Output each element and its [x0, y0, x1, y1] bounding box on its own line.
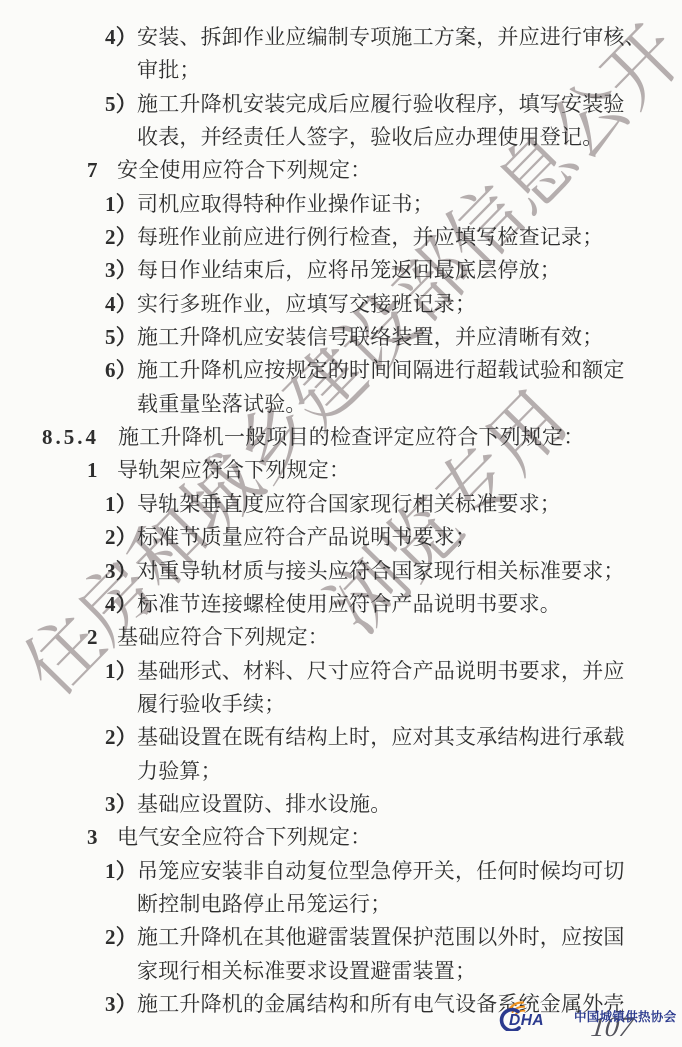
line-text: 导轨架应符合下列规定：: [117, 458, 350, 482]
text-line: 3）对重导轨材质与接头应符合国家现行相关标准要求；: [0, 555, 665, 588]
text-line: 3）每日作业结束后，应将吊笼返回最底层停放；: [0, 254, 665, 287]
item-number: 7: [87, 154, 117, 187]
line-text: 家现行相关标准要求设置避雷装置；: [137, 959, 476, 983]
text-line: 1）基础形式、材料、尺寸应符合产品说明书要求，并应: [0, 655, 665, 688]
line-text: 司机应取得特种作业操作证书；: [137, 192, 434, 216]
text-line: 断控制电路停止吊笼运行；: [0, 888, 665, 921]
item-number: 6）: [105, 354, 137, 387]
item-number: 1）: [105, 855, 137, 888]
line-text: 安全使用应符合下列规定：: [117, 158, 371, 182]
line-text: 断控制电路停止吊笼运行；: [137, 892, 391, 916]
text-line: 1）吊笼应安装非自动复位型急停开关，任何时候均可切: [0, 855, 665, 888]
item-number: 2）: [105, 921, 137, 954]
item-number: 3）: [105, 254, 137, 287]
line-text: 履行验收手续；: [137, 692, 285, 716]
line-text: 对重导轨材质与接头应符合国家现行相关标准要求；: [137, 559, 625, 583]
text-line: 3电气安全应符合下列规定：: [0, 821, 665, 854]
text-line: 2）施工升降机在其他避雷装置保护范围以外时，应按国: [0, 921, 665, 954]
item-number: 5）: [105, 88, 137, 121]
text-line: 2）标准节质量应符合产品说明书要求；: [0, 521, 665, 554]
item-number: 3: [87, 821, 117, 854]
item-number: 1）: [105, 188, 137, 221]
text-line: 审批；: [0, 54, 665, 87]
line-text: 施工升降机应安装信号联络装置，并应清晰有效；: [137, 325, 603, 349]
item-number: 4）: [105, 21, 137, 54]
line-text: 每日作业结束后，应将吊笼返回最底层停放；: [137, 258, 561, 282]
item-number: 3）: [105, 788, 137, 821]
line-text: 审批；: [137, 58, 201, 82]
item-number: 4）: [105, 588, 137, 621]
line-text: 标准节连接螺栓使用应符合产品说明书要求。: [137, 592, 561, 616]
line-text: 吊笼应安装非自动复位型急停开关，任何时候均可切: [137, 859, 625, 883]
item-number: 2）: [105, 221, 137, 254]
line-text: 每班作业前应进行例行检查，并应填写检查记录；: [137, 225, 603, 249]
text-line: 2基础应符合下列规定：: [0, 621, 665, 654]
text-line: 5）施工升降机应安装信号联络装置，并应清晰有效；: [0, 321, 665, 354]
text-line: 履行验收手续；: [0, 688, 665, 721]
item-number: 1: [87, 454, 117, 487]
text-line: 4）标准节连接螺栓使用应符合产品说明书要求。: [0, 588, 665, 621]
line-text: 电气安全应符合下列规定：: [117, 825, 371, 849]
text-line: 3）基础应设置防、排水设施。: [0, 788, 665, 821]
cdha-logo-icon: DHA: [496, 1001, 572, 1031]
line-text: 标准节质量应符合产品说明书要求；: [137, 525, 476, 549]
line-text: 安装、拆卸作业应编制专项施工方案，并应进行审核、: [137, 25, 646, 49]
text-line: 5）施工升降机安装完成后应履行验收程序，填写安装验: [0, 88, 665, 121]
item-number: 3）: [105, 988, 137, 1021]
line-text: 基础设置在既有结构上时，应对其支承结构进行承载: [137, 725, 625, 749]
text-line: 家现行相关标准要求设置避雷装置；: [0, 955, 665, 988]
item-number: 4）: [105, 288, 137, 321]
line-text: 施工升降机应按规定的时间间隔进行超载试验和额定: [137, 358, 625, 382]
line-text: 实行多班作业，应填写交接班记录；: [137, 292, 476, 316]
document-body: 4）安装、拆卸作业应编制专项施工方案，并应进行审核、审批；5）施工升降机安装完成…: [0, 21, 665, 1021]
text-line: 1）导轨架垂直度应符合国家现行相关标准要求；: [0, 488, 665, 521]
text-line: 载重量坠落试验。: [0, 388, 665, 421]
item-number: 5）: [105, 321, 137, 354]
item-number: 1）: [105, 488, 137, 521]
association-logo: DHA 中国城镇供热协会: [496, 1001, 676, 1031]
text-line: 1）司机应取得特种作业操作证书；: [0, 188, 665, 221]
logo-abbr-text: DHA: [509, 1012, 544, 1029]
item-number: 8.5.4: [42, 421, 118, 454]
text-line: 6）施工升降机应按规定的时间间隔进行超载试验和额定: [0, 354, 665, 387]
text-line: 4）实行多班作业，应填写交接班记录；: [0, 288, 665, 321]
line-text: 施工升降机安装完成后应履行验收程序，填写安装验: [137, 92, 625, 116]
line-text: 载重量坠落试验。: [137, 392, 307, 416]
text-line: 7安全使用应符合下列规定：: [0, 154, 665, 187]
item-number: 1）: [105, 655, 137, 688]
item-number: 3）: [105, 555, 137, 588]
item-number: 2: [87, 621, 117, 654]
item-number: 2）: [105, 521, 137, 554]
line-text: 基础应设置防、排水设施。: [137, 792, 391, 816]
association-name: 中国城镇供热协会: [574, 1007, 676, 1025]
text-line: 4）安装、拆卸作业应编制专项施工方案，并应进行审核、: [0, 21, 665, 54]
line-text: 收表，并经责任人签字，验收后应办理使用登记。: [137, 125, 603, 149]
line-text: 导轨架垂直度应符合国家现行相关标准要求；: [137, 492, 561, 516]
line-text: 基础形式、材料、尺寸应符合产品说明书要求，并应: [137, 659, 625, 683]
text-line: 2）每班作业前应进行例行检查，并应填写检查记录；: [0, 221, 665, 254]
text-line: 2）基础设置在既有结构上时，应对其支承结构进行承载: [0, 721, 665, 754]
text-line: 力验算；: [0, 755, 665, 788]
line-text: 施工升降机一般项目的检查评定应符合下列规定：: [118, 425, 584, 449]
line-text: 基础应符合下列规定：: [117, 625, 329, 649]
document-page: 住房和城乡建设部信息公开 浏览专用 4）安装、拆卸作业应编制专项施工方案，并应进…: [0, 0, 682, 1047]
text-line: 收表，并经责任人签字，验收后应办理使用登记。: [0, 121, 665, 154]
text-line: 1导轨架应符合下列规定：: [0, 454, 665, 487]
text-line: 8.5.4施工升降机一般项目的检查评定应符合下列规定：: [0, 421, 665, 454]
line-text: 力验算；: [137, 759, 222, 783]
item-number: 2）: [105, 721, 137, 754]
line-text: 施工升降机在其他避雷装置保护范围以外时，应按国: [137, 925, 625, 949]
